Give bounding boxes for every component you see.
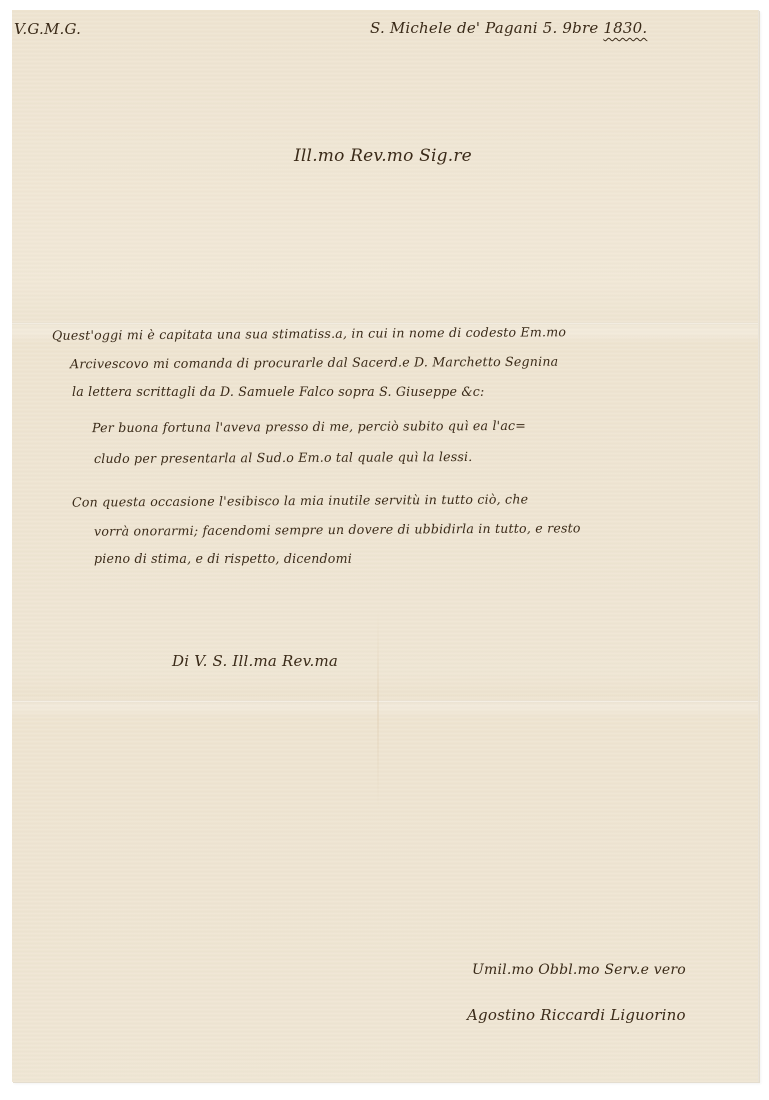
signature-courtesy-line: Umil.mo Obbl.mo Serv.e vero — [472, 962, 686, 978]
body-line-1: Quest'oggi mi è capitata una sua stimati… — [52, 326, 566, 342]
corner-monogram: V.G.M.G. — [14, 20, 81, 38]
paper-fold-lower — [12, 700, 758, 703]
body-line-4: Per buona fortuna l'aveva presso di me, … — [92, 420, 526, 435]
closing-formula: Di V. S. Ill.ma Rev.ma — [172, 652, 338, 670]
body-line-7: vorrà onorarmi; facendomi sempre un dove… — [94, 522, 581, 538]
signature-name: Agostino Riccardi Liguorino — [467, 1006, 686, 1024]
salutation: Ill.mo Rev.mo Sig.re — [294, 146, 472, 166]
place-and-date: S. Michele de' Pagani 5. 9bre 1830. — [370, 19, 647, 37]
body-line-5: cludo per presentarla al Sud.o Em.o tal … — [94, 451, 473, 466]
year: 1830. — [603, 19, 647, 37]
date: 5. 9bre — [543, 19, 599, 37]
body-line-2: Arcivescovo mi comanda di procurarle dal… — [70, 356, 558, 371]
letter-paper: V.G.M.G. S. Michele de' Pagani 5. 9bre 1… — [12, 10, 759, 1082]
paper-crease — [377, 610, 379, 810]
body-line-8: pieno di stima, e di rispetto, dicendomi — [94, 553, 352, 566]
place: S. Michele de' Pagani — [370, 19, 538, 37]
body-line-3: la lettera scrittagli da D. Samuele Falc… — [72, 386, 484, 399]
body-line-6: Con questa occasione l'esibisco la mia i… — [72, 493, 528, 509]
